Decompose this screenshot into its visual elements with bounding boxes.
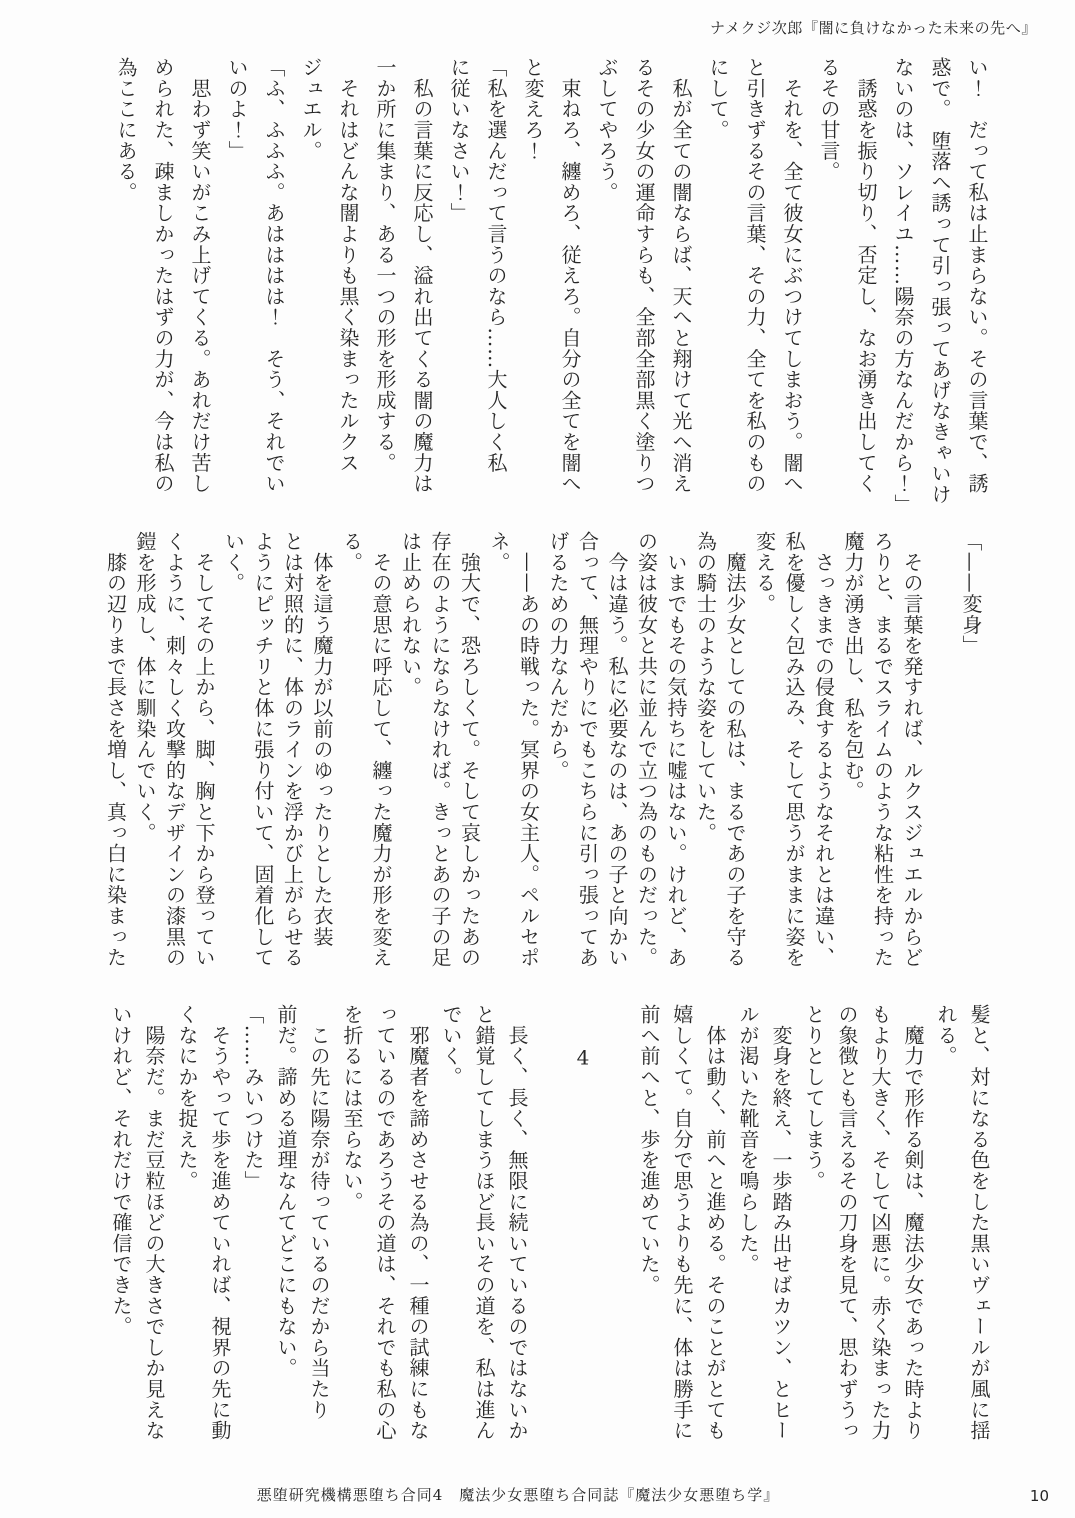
text-column: 一か所に集まり、ある一つの形を形成する。 xyxy=(366,57,403,519)
text-column: 体は動く、前へと進める。そのことがとても xyxy=(698,1004,731,1469)
text-column: ルが渇いた靴音を鳴らした。 xyxy=(731,1004,764,1469)
text-column: いのよ！」 xyxy=(218,57,255,519)
text-column: と錯覚してしまうほど長いその道を、私は進ん xyxy=(467,1004,500,1469)
text-column: ろりと、まるでスライムのような粘性を持った xyxy=(867,531,897,993)
text-column: ジュエル。 xyxy=(292,57,329,519)
text-column: と変えろ！ xyxy=(514,57,551,519)
text-column: それを、全て彼女にぶつけてしまおう。闇へ xyxy=(773,57,810,519)
text-column: げるための力なんだから。 xyxy=(543,531,573,993)
text-column: 「ふ、ふふふ。あはははは！ そう、それでい xyxy=(255,57,292,519)
text-column: 膝の辺りまで長さを増し、真っ白に染まった xyxy=(100,531,130,993)
text-column: 思わず笑いがこみ上げてくる。あれだけ苦し xyxy=(181,57,218,519)
text-column: ——あの時戦った。冥界の女主人。ペルセポ xyxy=(513,531,543,993)
text-column: ネ。 xyxy=(484,531,514,993)
text-column xyxy=(599,1004,632,1469)
text-column: る。 xyxy=(336,531,366,993)
text-column: 長く、長く、無限に続いているのではないか xyxy=(500,1004,533,1469)
text-column: 今は違う。私に必要なのは、あの子と向かい xyxy=(602,531,632,993)
text-column: その意思に呼応して、纏った魔力が形を変え xyxy=(366,531,396,993)
text-column: そうやって歩を進めていれば、視界の先に動 xyxy=(203,1004,236,1469)
text-column: 「——変身」 xyxy=(956,531,986,993)
text-column: その言葉を発すれば、ルクスジュエルからど xyxy=(897,531,927,993)
text-column: いく。 xyxy=(218,531,248,993)
text-column: るその少女の運命すらも、全部全部黒く塗りつ xyxy=(625,57,662,519)
text-column: の象徴とも言えるその刀身を見て、思わずうっ xyxy=(830,1004,863,1469)
text-column: そしてその上から、脚、胸と下から登ってい xyxy=(189,531,219,993)
text-column: とりとしてしまう。 xyxy=(797,1004,830,1469)
text-column: 「私を選んだって言うのなら……大人しく私 xyxy=(477,57,514,519)
text-column: それはどんな闇よりも黒く染まったルクス xyxy=(329,57,366,519)
text-column: 前へ前へと、歩を進めていた。 xyxy=(632,1004,665,1469)
text-column xyxy=(533,1004,566,1469)
text-column: 魔力で形作る剣は、魔法少女であった時より xyxy=(896,1004,929,1469)
text-band-middle: 「——変身」 その言葉を発すれば、ルクスジュエルからどろりと、まるでスライムのよ… xyxy=(100,531,985,993)
text-column: の姿は彼女と共に並んで立つ為のものだった。 xyxy=(631,531,661,993)
text-column: められた、疎ましかったはずの力が、今は私の xyxy=(144,57,181,519)
text-column: ないのは、ソレイユ……陽奈の方なんだから！」 xyxy=(884,57,921,519)
page-header-title: ナメクジ次郎『闇に負けなかった未来の先へ』 xyxy=(710,17,1037,38)
text-column: 「……みいつけた」 xyxy=(236,1004,269,1469)
text-column: 私の言葉に反応し、溢れ出てくる闇の魔力は xyxy=(403,57,440,519)
text-column: くように、刺々しく攻撃的なデザインの漆黒の xyxy=(159,531,189,993)
text-column: 存在のようにならなければ。きっとあの子の足 xyxy=(425,531,455,993)
text-column: さっきまでの侵食するようなそれとは違い、 xyxy=(808,531,838,993)
text-column: い！ だって私は止まらない。その言葉で、誘 xyxy=(958,57,995,519)
text-column: 私が全ての闇ならば、天へと翔けて光へ消え xyxy=(662,57,699,519)
text-column: と引きずるその言葉、その力、全てを私のもの xyxy=(736,57,773,519)
text-column: 惑で。 堕落へ誘って引っ張ってあげなきゃいけ xyxy=(921,57,958,519)
text-column: れる。 xyxy=(929,1004,962,1469)
text-column: とは対照的に、体のラインを浮かび上がらせる xyxy=(277,531,307,993)
text-column: くなにかを捉えた。 xyxy=(170,1004,203,1469)
text-column: いまでもその気持ちに嘘はない。けれど、あ xyxy=(661,531,691,993)
text-column: 変身を終え、一歩踏み出せばカツン、とヒー xyxy=(764,1004,797,1469)
text-column: この先に陽奈が待っているのだから当たり xyxy=(302,1004,335,1469)
text-column: っているのであろうその道は、それでも私の心 xyxy=(368,1004,401,1469)
text-column: 為ここにある。 xyxy=(107,57,144,519)
text-column: 合って、無理やりにでもこちらに引っ張ってあ xyxy=(572,531,602,993)
text-column: 誘惑を振り切り、否定し、なお湧き出してく xyxy=(847,57,884,519)
text-column: 体を這う魔力が以前のゆったりとした衣装 xyxy=(307,531,337,993)
text-column: 変える。 xyxy=(749,531,779,993)
text-column: もより大きく、そして凶悪に。赤く染まった力 xyxy=(863,1004,896,1469)
text-column: るその甘言。 xyxy=(810,57,847,519)
text-column: 私を優しく包み込み、そして思うがままに姿を xyxy=(779,531,809,993)
text-column: 陽奈だ。まだ豆粒ほどの大きさでしか見えな xyxy=(137,1004,170,1469)
text-column: 為の騎士のような姿をしていた。 xyxy=(690,531,720,993)
text-column: 魔力が湧き出し、私を包む。 xyxy=(838,531,868,993)
text-column: 嬉しくて。自分で思うよりも先に、体は勝手に xyxy=(665,1004,698,1469)
text-band-bottom: 髪と、対になる色をした黒いヴェールが風に揺れる。 魔力で形作る剣は、魔法少女であ… xyxy=(104,1004,995,1469)
text-column: は止められない。 xyxy=(395,531,425,993)
text-column: 邪魔者を諦めさせる為の、一種の試練にもな xyxy=(401,1004,434,1469)
text-column: 束ねろ、纏めろ、従えろ。自分の全てを闇へ xyxy=(551,57,588,519)
text-column: 強大で、恐ろしくて。そして哀しかったあの xyxy=(454,531,484,993)
text-column: でいく。 xyxy=(434,1004,467,1469)
text-column xyxy=(926,531,956,993)
text-column: ようにピッチリと体に張り付いて、固着化して xyxy=(248,531,278,993)
text-column: にして。 xyxy=(699,57,736,519)
page-number: 10 xyxy=(1030,1487,1049,1505)
text-column: 髪と、対になる色をした黒いヴェールが風に揺 xyxy=(962,1004,995,1469)
text-column: 鎧を形成し、体に馴染んでいく。 xyxy=(130,531,160,993)
text-column: 4 xyxy=(566,1004,599,1469)
document-page: ナメクジ次郎『闇に負けなかった未来の先へ』 い！ だって私は止まらない。その言葉… xyxy=(0,0,1075,1518)
text-column: ぶしてやろう。 xyxy=(588,57,625,519)
text-column: に従いなさい！」 xyxy=(440,57,477,519)
text-column: 魔法少女としての私は、まるであの子を守る xyxy=(720,531,750,993)
text-column: 前だ。諦める道理なんてどこにもない。 xyxy=(269,1004,302,1469)
text-column: を折るには至らない。 xyxy=(335,1004,368,1469)
text-column: いけれど、それだけで確信できた。 xyxy=(104,1004,137,1469)
page-footer-title: 悪堕研究機構悪堕ち合同4 魔法少女悪堕ち合同誌『魔法少女悪堕ち学』 xyxy=(0,1484,1036,1505)
text-band-top: い！ だって私は止まらない。その言葉で、誘惑で。 堕落へ誘って引っ張ってあげなき… xyxy=(107,57,995,519)
